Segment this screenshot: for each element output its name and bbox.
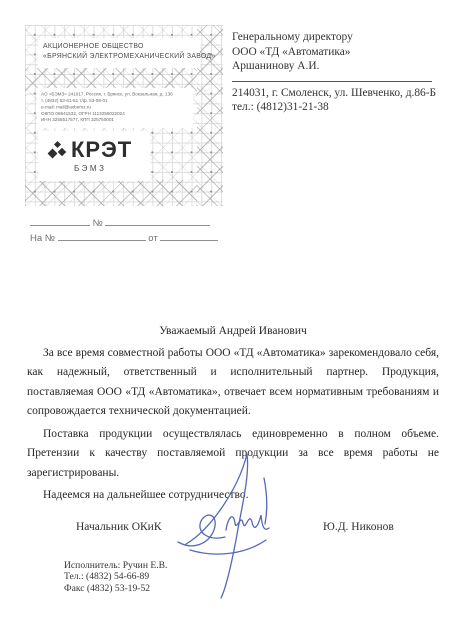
recipient-address: 214031, г. Смоленск, ул. Шевченко, д.86-…: [232, 86, 442, 101]
blank-line: [58, 230, 146, 241]
ot-label: от: [148, 233, 157, 244]
recipient-company: ООО «ТД «Автоматика»: [232, 45, 442, 60]
reference-number-line: №: [30, 215, 210, 230]
kret-logo-text: КРЭТ: [71, 140, 132, 160]
recipient-phone: тел.: (4812)31-21-38: [232, 100, 442, 115]
recipient-person: Аршанинову А.И.: [232, 59, 442, 74]
signer-title: Начальник ОКиК: [76, 521, 162, 533]
lattice-band-bottom: [25, 180, 197, 206]
reference-block: № На № от: [30, 215, 210, 245]
paragraph: За все время совместной работы ООО «ТД «…: [27, 344, 439, 422]
blank-line: [105, 215, 210, 226]
salutation: Уважаемый Андрей Иванович: [27, 322, 439, 342]
kret-diamonds-icon: [48, 142, 67, 159]
bemz-logo-subtext: БЭМЗ: [74, 164, 106, 173]
executor-fax: Факс (4832) 53-19-52: [64, 583, 167, 594]
number-sign-label: №: [93, 218, 103, 229]
executor-block: Исполнитель: Ручин Е.В. Тел.: (4832) 54-…: [64, 560, 167, 594]
executor-phone: Тел.: (4832) 54-66-89: [64, 571, 167, 582]
recipient-title: Генеральному директору: [232, 30, 442, 45]
company-name-line1: АКЦИОНЕРНОЕ ОБЩЕСТВО: [43, 42, 195, 52]
company-details-line: ИНН 3255517577, КПП 325750001: [41, 117, 189, 123]
kret-logo-box: КРЭТ БЭМЗ: [38, 131, 150, 181]
handwritten-signature: [168, 448, 298, 603]
blank-line: [160, 230, 218, 241]
scanned-letter-page: { "letterhead": { "company_line1": "АКЦИ…: [0, 0, 456, 642]
company-details-box: АО «БЭМЗ» 241017, Россия, г. Брянск, ул.…: [37, 88, 193, 128]
company-name-line2: «БРЯНСКИЙ ЭЛЕКТРОМЕХАНИЧЕСКИЙ ЗАВОД»: [43, 52, 195, 62]
letterhead: АКЦИОНЕРНОЕ ОБЩЕСТВО «БРЯНСКИЙ ЭЛЕКТРОМЕ…: [25, 25, 223, 206]
company-name-box: АКЦИОНЕРНОЕ ОБЩЕСТВО «БРЯНСКИЙ ЭЛЕКТРОМЕ…: [38, 38, 200, 68]
executor-name: Исполнитель: Ручин Е.В.: [64, 560, 167, 571]
recipient-divider: [232, 81, 432, 82]
signer-name: Ю.Д. Никонов: [323, 521, 394, 533]
recipient-block: Генеральному директору ООО «ТД «Автомати…: [232, 30, 442, 115]
reference-reply-line: На № от: [30, 230, 210, 245]
na-number-label: На №: [30, 233, 55, 244]
blank-line: [30, 215, 90, 226]
